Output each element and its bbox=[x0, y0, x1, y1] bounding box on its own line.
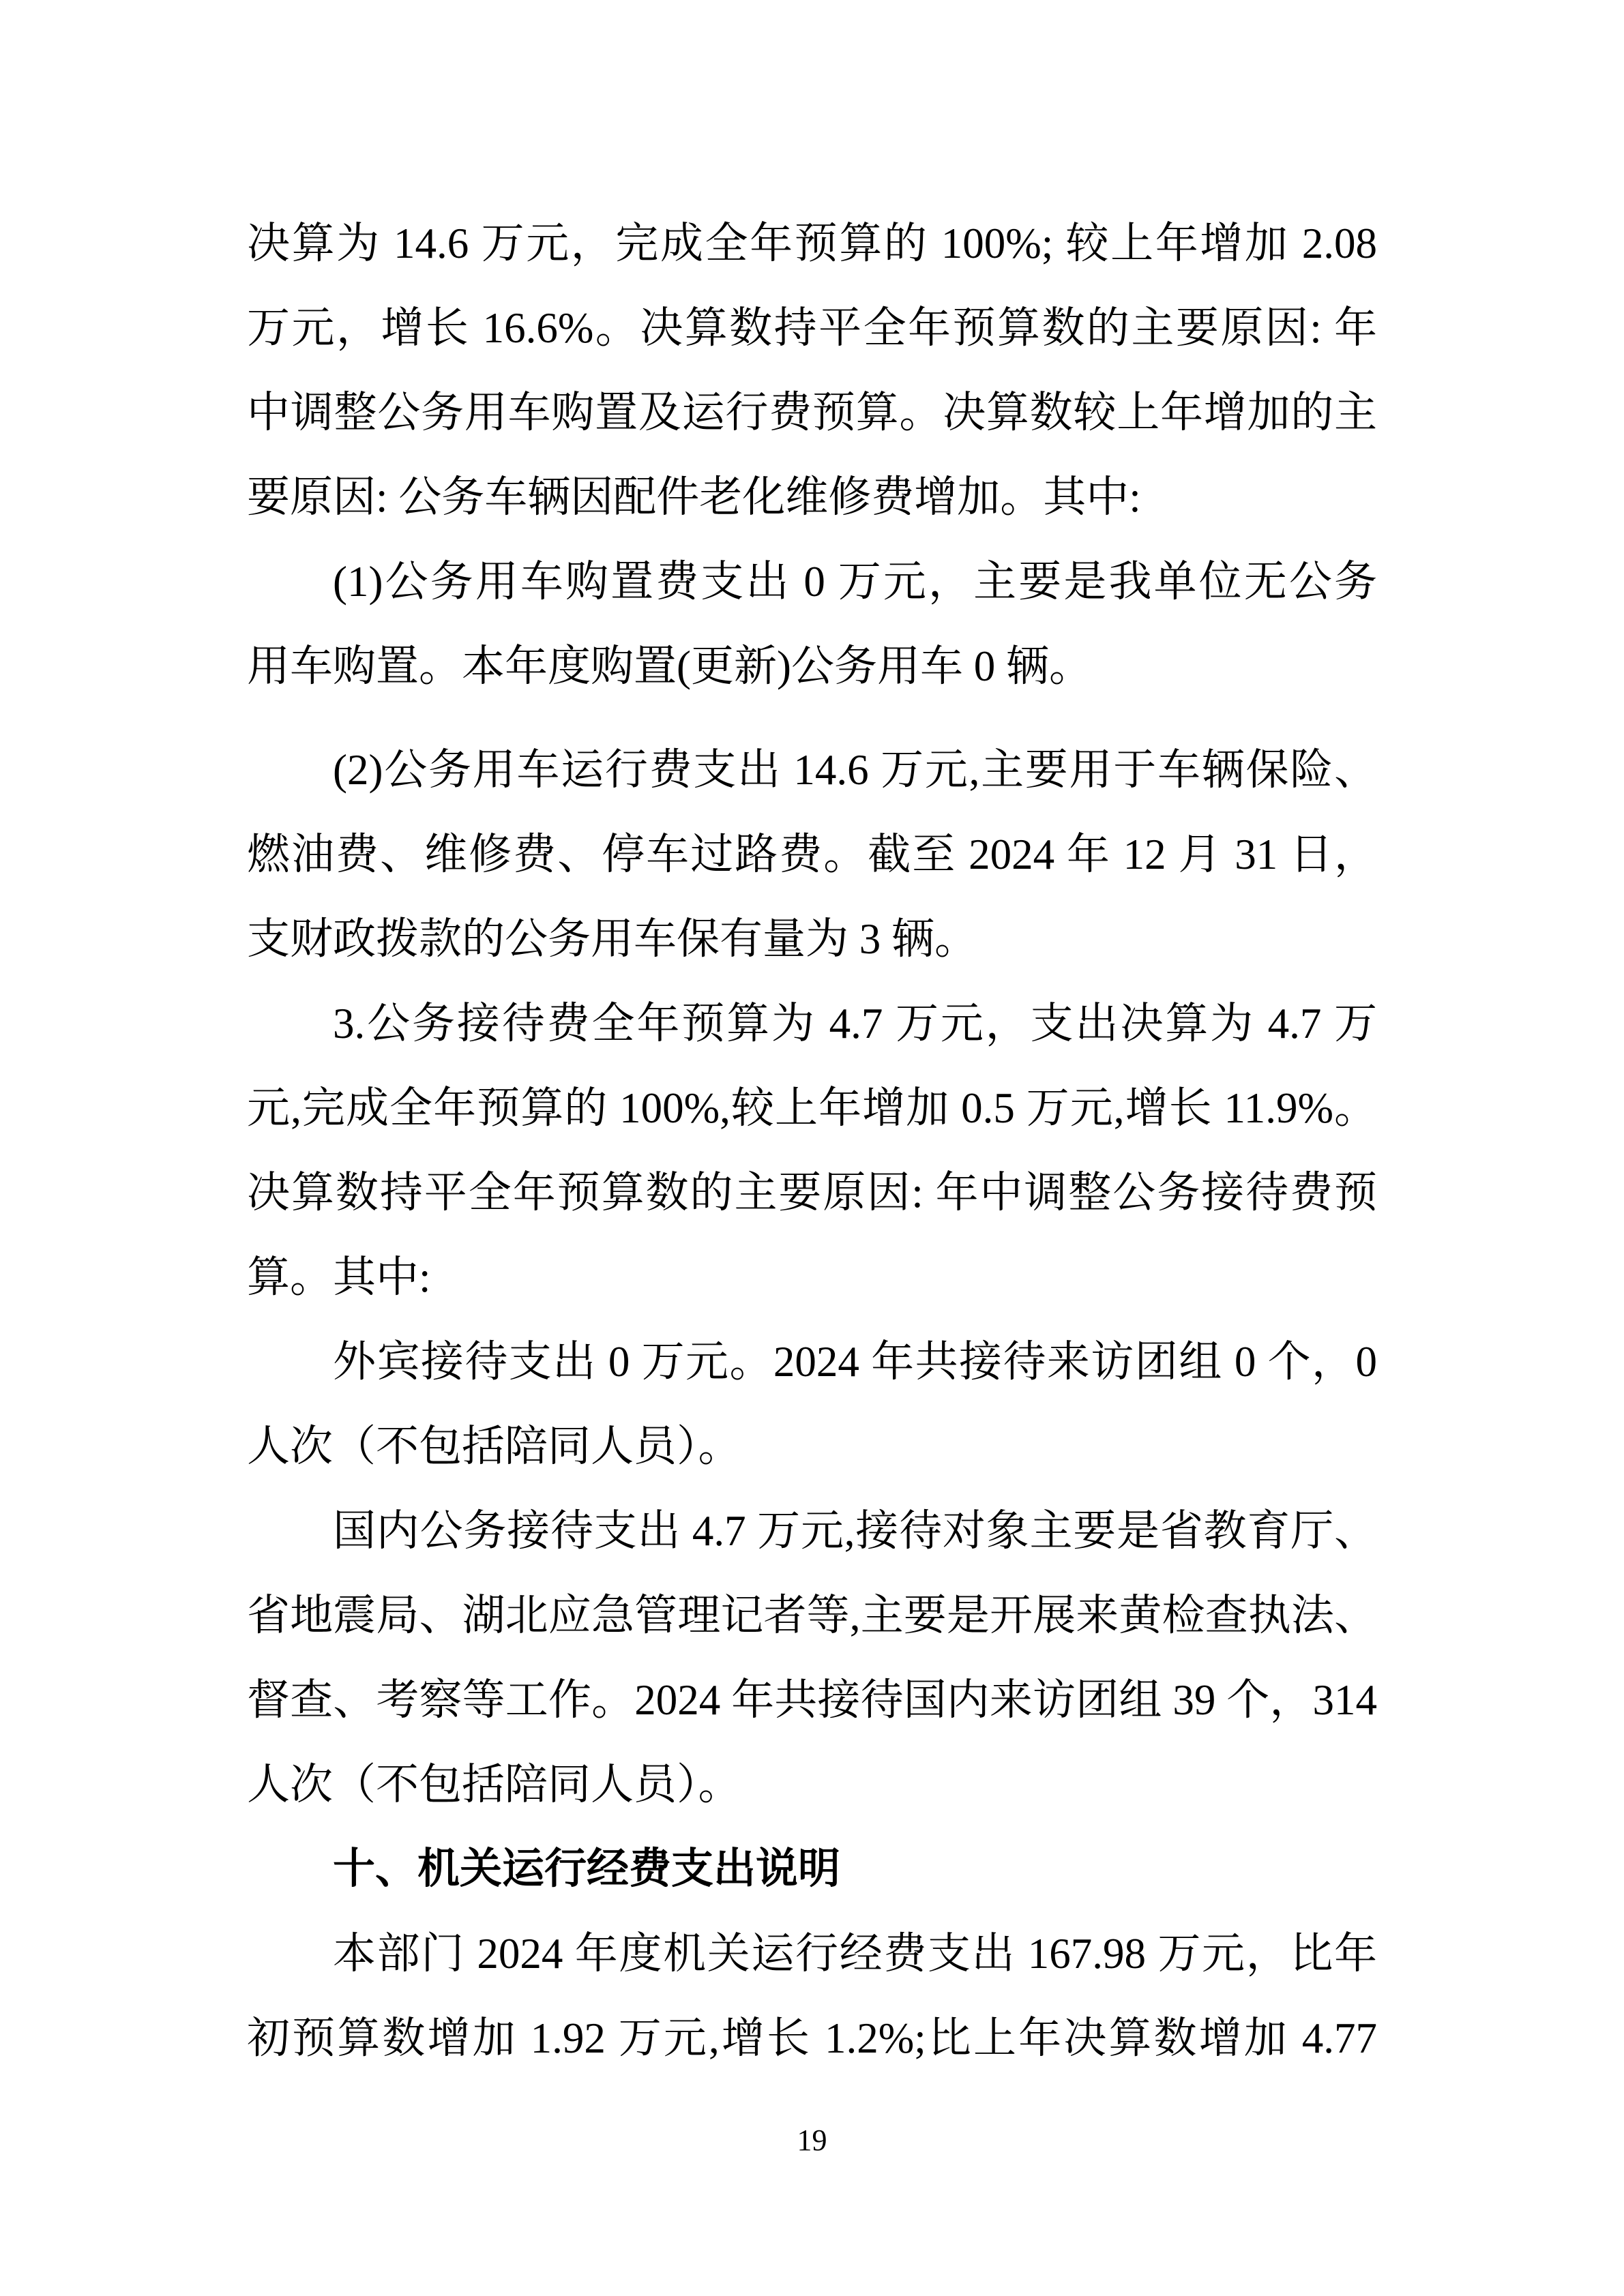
document-page: 决算为 14.6 万元，完成全年预算的 100%; 较上年增加 2.08 万元，… bbox=[0, 0, 1624, 2296]
body-line: 人次（不包括陪同人员）。 bbox=[247, 1404, 1377, 1489]
body-line: 省地震局、湖北应急管理记者等,主要是开展来黄检查执法、 bbox=[247, 1573, 1377, 1658]
body-line: (2)公务用车运行费支出 14.6 万元,主要用于车辆保险、 bbox=[247, 728, 1377, 812]
body-line: 督查、考察等工作。2024 年共接待国内来访团组 39 个，314 bbox=[247, 1658, 1377, 1742]
body-line: 初预算数增加 1.92 万元,增长 1.2%;比上年决算数增加 4.77 bbox=[247, 1996, 1377, 2081]
body-line: 国内公务接待支出 4.7 万元,接待对象主要是省教育厅、 bbox=[247, 1489, 1377, 1573]
body-line: 万元，增长 16.6%。决算数持平全年预算数的主要原因: 年 bbox=[247, 286, 1377, 370]
body-line: (1)公务用车购置费支出 0 万元，主要是我单位无公务 bbox=[247, 539, 1377, 624]
body-line: 决算数持平全年预算数的主要原因: 年中调整公务接待费预 bbox=[247, 1150, 1377, 1235]
body-line: 燃油费、维修费、停车过路费。截至 2024 年 12 月 31 日，开 bbox=[247, 812, 1377, 897]
body-line: 中调整公务用车购置及运行费预算。决算数较上年增加的主 bbox=[247, 370, 1377, 455]
body-line: 用车购置。本年度购置(更新)公务用车 0 辆。 bbox=[247, 624, 1377, 709]
page-number: 19 bbox=[0, 2122, 1624, 2159]
section-heading: 十、机关运行经费支出说明 bbox=[247, 1827, 1377, 1911]
body-line: 外宾接待支出 0 万元。2024 年共接待来访团组 0 个，0 bbox=[247, 1320, 1377, 1404]
body-line: 算。其中: bbox=[247, 1235, 1377, 1320]
document-body: 决算为 14.6 万元，完成全年预算的 100%; 较上年增加 2.08 万元，… bbox=[247, 201, 1377, 2081]
body-line: 要原因: 公务车辆因配件老化维修费增加。其中: bbox=[247, 455, 1377, 539]
body-line: 决算为 14.6 万元，完成全年预算的 100%; 较上年增加 2.08 bbox=[247, 201, 1377, 286]
body-line: 人次（不包括陪同人员）。 bbox=[247, 1742, 1377, 1827]
body-line: 元,完成全年预算的 100%,较上年增加 0.5 万元,增长 11.9%。 bbox=[247, 1066, 1377, 1150]
body-line: 本部门 2024 年度机关运行经费支出 167.98 万元，比年 bbox=[247, 1911, 1377, 1996]
body-line: 支财政拨款的公务用车保有量为 3 辆。 bbox=[247, 897, 1377, 981]
body-line: 3.公务接待费全年预算为 4.7 万元，支出决算为 4.7 万 bbox=[247, 981, 1377, 1066]
